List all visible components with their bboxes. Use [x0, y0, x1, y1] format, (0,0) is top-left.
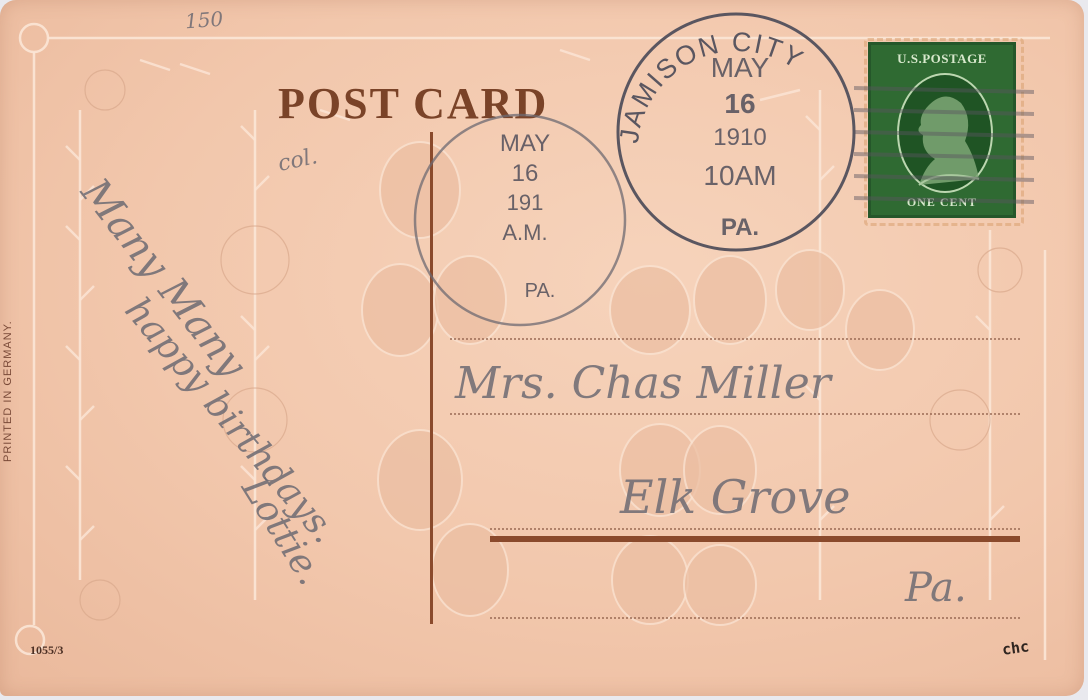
address-underline	[490, 536, 1020, 542]
recipient-name: Mrs. Chas Miller	[455, 358, 831, 409]
address-line-1	[450, 338, 1020, 340]
postmark-time: 10AM	[690, 160, 790, 192]
recipient-city: Elk Grove	[620, 470, 850, 524]
address-line-3	[490, 528, 1020, 530]
postage-stamp: U.S.POSTAGE ONE CENT	[864, 38, 1024, 226]
postmark-secondary-month: MAY	[490, 130, 560, 158]
stamp-top-text: U.S.POSTAGE	[871, 51, 1013, 67]
postmark-year: 1910	[700, 124, 780, 152]
postmark-state: PA.	[700, 214, 780, 242]
postcard: POST CARD PRINTED IN GERMANY. 1055/3 chc…	[0, 0, 1084, 696]
postmark-day: 16	[700, 88, 780, 120]
postmark-secondary-state: PA.	[505, 280, 575, 303]
recipient-state: Pa.	[905, 565, 967, 611]
card-serial-number: 1055/3	[30, 643, 63, 658]
printed-in-germany-label: PRINTED IN GERMANY.	[2, 320, 14, 462]
cancellation-bars-icon	[854, 78, 1034, 218]
postmark-secondary-time: A.M.	[490, 220, 560, 246]
postmark-secondary-day: 16	[490, 160, 560, 188]
address-line-2	[450, 413, 1020, 415]
price-note: 150	[184, 7, 224, 34]
address-line-4	[490, 617, 1020, 619]
postmark-secondary-year: 191	[490, 190, 560, 216]
postmark-month: MAY	[700, 52, 780, 84]
maker-mark: chc	[1001, 637, 1030, 659]
